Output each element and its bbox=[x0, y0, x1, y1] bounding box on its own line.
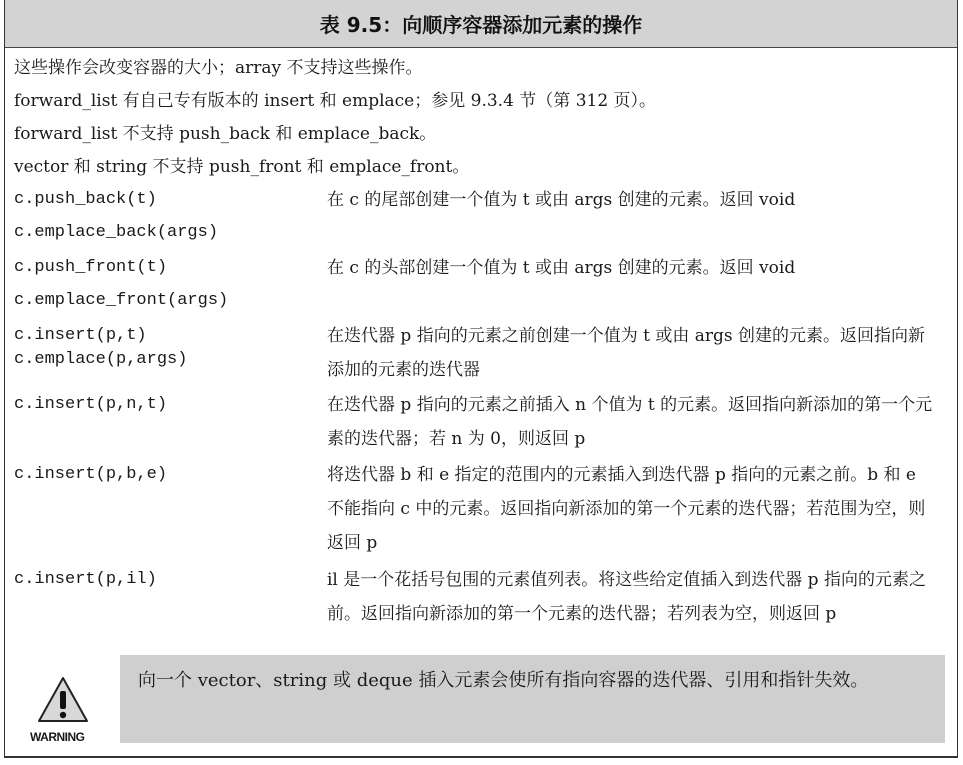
op-insert-pnt: c.insert(p,n,t) bbox=[14, 395, 167, 415]
op-insert-pil: c.insert(p,il) bbox=[14, 570, 157, 590]
warning-box: 向一个 vector、string 或 deque 插入元素会使所有指向容器的迭… bbox=[120, 655, 945, 743]
op-description: il 是一个花括号包围的元素值列表。将这些给定值插入到迭代器 p 指向的元素之前… bbox=[327, 563, 937, 631]
note-2: forward_list 有自己专有版本的 insert 和 emplace；参… bbox=[14, 91, 656, 111]
op-push-front: c.push_front(t) bbox=[14, 258, 167, 278]
note-3: forward_list 不支持 push_back 和 emplace_bac… bbox=[14, 124, 436, 144]
op-description: 在迭代器 p 指向的元素之前创建一个值为 t 或由 args 创建的元素。返回指… bbox=[327, 319, 937, 387]
warning-text: 向一个 vector、string 或 deque 插入元素会使所有指向容器的迭… bbox=[138, 663, 938, 698]
warning-triangle-icon bbox=[37, 675, 89, 725]
op-description: 将迭代器 b 和 e 指定的范围内的元素插入到迭代器 p 指向的元素之前。b 和… bbox=[327, 458, 937, 560]
warning-label: WARNING bbox=[30, 730, 85, 744]
op-emplace-back: c.emplace_back(args) bbox=[14, 223, 218, 243]
op-insert-pbe: c.insert(p,b,e) bbox=[14, 465, 167, 485]
note-4: vector 和 string 不支持 push_front 和 emplace… bbox=[14, 157, 469, 177]
op-push-back: c.push_back(t) bbox=[14, 190, 157, 210]
op-insert-pt: c.insert(p,t) bbox=[14, 326, 147, 346]
op-emplace-front: c.emplace_front(args) bbox=[14, 291, 228, 311]
note-1: 这些操作会改变容器的大小；array 不支持这些操作。 bbox=[14, 58, 423, 78]
op-description: 在迭代器 p 指向的元素之前插入 n 个值为 t 的元素。返回指向新添加的第一个… bbox=[327, 388, 937, 456]
op-description: 在 c 的尾部创建一个值为 t 或由 args 创建的元素。返回 void bbox=[327, 183, 937, 217]
op-emplace-p-args: c.emplace(p,args) bbox=[14, 350, 187, 370]
table-title: 表 9.5：向顺序容器添加元素的操作 bbox=[5, 0, 957, 48]
op-description: 在 c 的头部创建一个值为 t 或由 args 创建的元素。返回 void bbox=[327, 251, 937, 285]
